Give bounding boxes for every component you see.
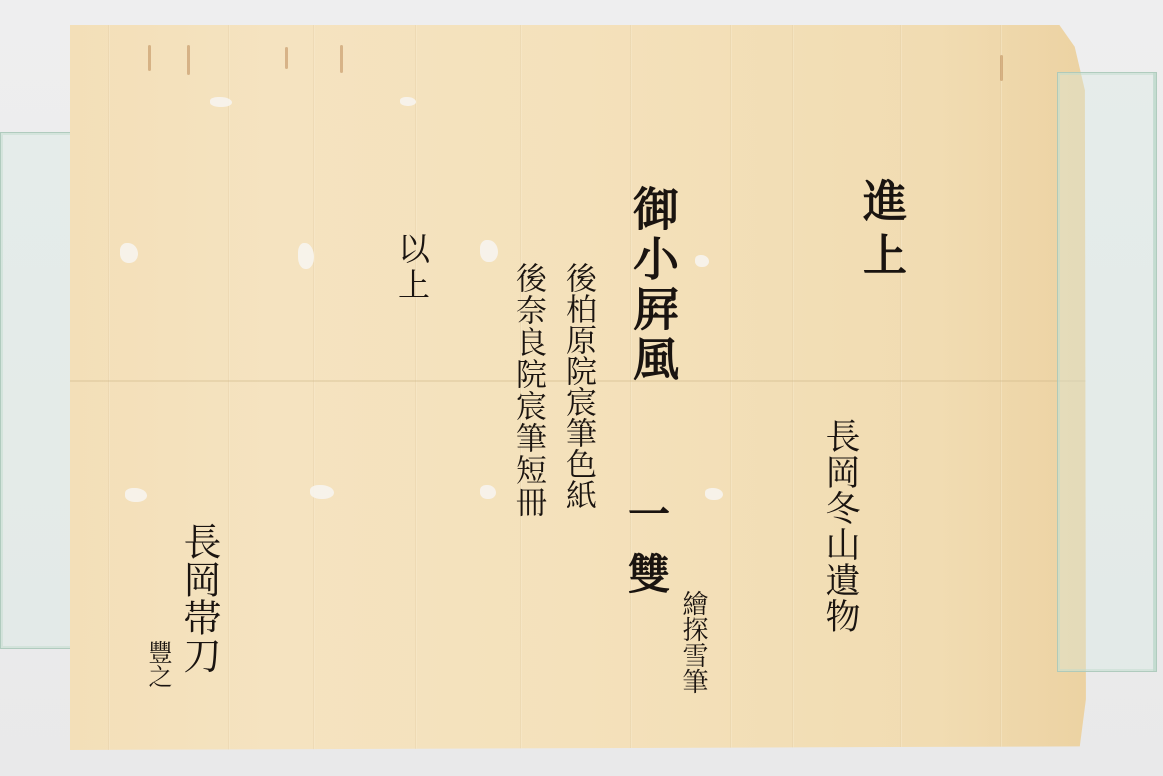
worm-hole [210,97,232,107]
signature-column: 長岡帯刀 [180,522,218,674]
second-item-a-column: 後柏原院宸筆色紙 [562,262,593,510]
glass-weight-right [1057,72,1157,672]
second-item-b-column: 後奈良院宸筆短冊 [512,262,543,518]
stain [148,45,151,71]
stain [1000,55,1003,81]
fold-line [415,25,417,750]
fold-line [900,25,902,750]
fold-line [313,25,315,750]
item-count-column: 一雙 [625,492,667,612]
worm-hole [705,488,723,500]
worm-hole [400,97,416,106]
fold-line [1000,25,1002,750]
worm-hole [480,485,496,499]
fold-line [228,25,230,750]
stain [285,47,288,69]
worm-hole [125,488,147,502]
worm-hole [695,255,709,267]
fold-line [630,25,632,750]
signature-name-column: 豐之 [146,640,170,688]
item-note-column: 繪探雪筆 [680,590,706,694]
closing-column: 以上 [396,232,428,304]
photo-background: 進上 長岡冬山遺物 御小屛風 一雙 繪探雪筆 後柏原院宸筆色紙 後奈良院宸筆短冊… [0,0,1163,776]
fold-line [792,25,794,750]
worm-hole [310,485,334,499]
worm-hole [480,240,498,262]
fold-line [730,25,732,750]
title-column: 進上 [858,178,902,286]
item-main-column: 御小屛風 [630,185,676,385]
dedication-column: 長岡冬山遺物 [822,418,857,634]
worm-hole [120,243,138,263]
stain [187,45,190,75]
stain [340,45,343,73]
fold-line [108,25,110,750]
worm-hole [298,243,314,269]
